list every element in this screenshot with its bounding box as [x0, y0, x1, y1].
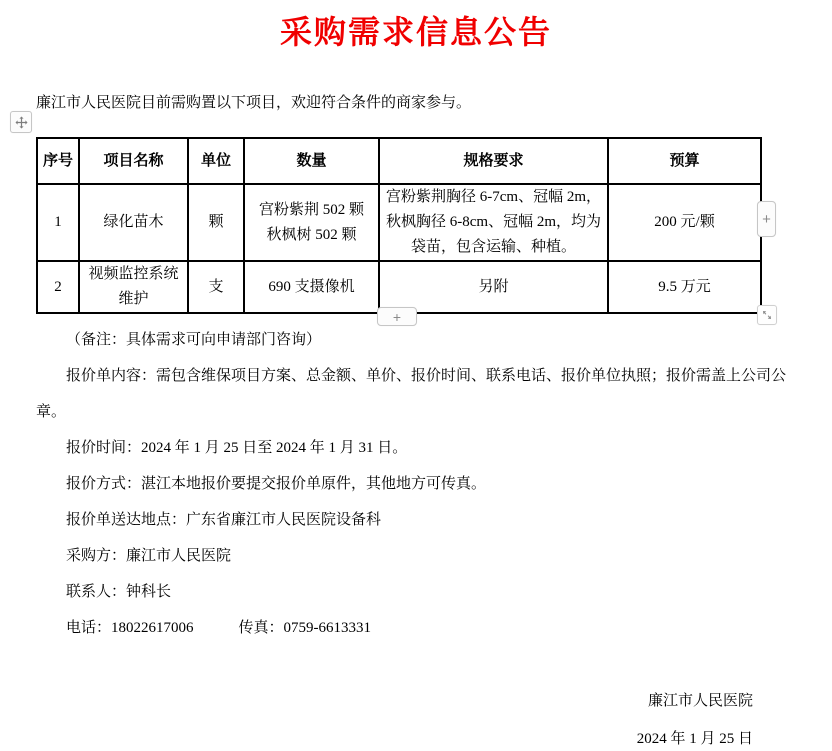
page-title: 采购需求信息公告 [0, 0, 832, 52]
cell-budget: 200 元/颗 [608, 184, 761, 261]
cell-budget: 9.5 万元 [608, 261, 761, 313]
quote-time-paragraph: 报价时间：2024 年 1 月 25 日至 2024 年 1 月 31 日。 [36, 430, 788, 466]
table-resize-handle[interactable] [757, 305, 777, 325]
table-row: 2 视频监控系统维护 支 690 支摄像机 另附 9.5 万元 [37, 261, 761, 313]
plus-icon: + [762, 211, 771, 228]
cell-unit: 颗 [188, 184, 244, 261]
procurement-table-area: 序号 项目名称 单位 数量 规格要求 预算 1 绿化苗木 颗 宫粉紫荆 502 … [36, 137, 760, 314]
table-row: 1 绿化苗木 颗 宫粉紫荆 502 颗 秋枫树 502 颗 宫粉紫荆胸径 6-7… [37, 184, 761, 261]
phone-fax-paragraph: 电话：18022617006传真：0759-6613331 [36, 610, 788, 646]
note-paragraph: （备注：具体需求可向申请部门咨询） [36, 322, 788, 358]
cell-spec: 宫粉紫荆胸径 6-7cm、冠幅 2m，秋枫胸径 6-8cm、冠幅 2m，均为袋苗… [379, 184, 608, 261]
cell-quantity: 宫粉紫荆 502 颗 秋枫树 502 颗 [244, 184, 379, 261]
col-header-quantity: 数量 [244, 138, 379, 184]
signature-date: 2024 年 1 月 25 日 [36, 720, 753, 751]
col-header-name: 项目名称 [79, 138, 188, 184]
signature-org: 廉江市人民医院 [36, 682, 753, 720]
signature-block: 廉江市人民医院 2024 年 1 月 25 日 [36, 682, 788, 751]
delivery-address-paragraph: 报价单送达地点：广东省廉江市人民医院设备科 [36, 502, 788, 538]
diagonal-resize-icon [761, 309, 773, 321]
table-header-row: 序号 项目名称 单位 数量 规格要求 预算 [37, 138, 761, 184]
cell-project-name: 视频监控系统维护 [79, 261, 188, 313]
quote-content-paragraph: 报价单内容：需包含维保项目方案、总金额、单价、报价时间、联系电话、报价单位执照；… [36, 358, 788, 430]
quote-method-paragraph: 报价方式：湛江本地报价要提交报价单原件，其他地方可传真。 [36, 466, 788, 502]
cell-seq: 1 [37, 184, 79, 261]
cell-quantity: 690 支摄像机 [244, 261, 379, 313]
cell-unit: 支 [188, 261, 244, 313]
move-cross-icon [15, 116, 28, 129]
insert-column-button[interactable]: + [757, 201, 776, 237]
body-paragraphs: （备注：具体需求可向申请部门咨询） 报价单内容：需包含维保项目方案、总金额、单价… [36, 322, 788, 646]
plus-icon: + [393, 309, 401, 325]
procurement-table: 序号 项目名称 单位 数量 规格要求 预算 1 绿化苗木 颗 宫粉紫荆 502 … [36, 137, 762, 314]
col-header-budget: 预算 [608, 138, 761, 184]
document-page: 采购需求信息公告 廉江市人民医院目前需购置以下项目，欢迎符合条件的商家参与。 序… [0, 0, 832, 751]
intro-paragraph: 廉江市人民医院目前需购置以下项目，欢迎符合条件的商家参与。 [36, 92, 788, 114]
phone-text: 电话：18022617006 [66, 620, 194, 636]
cell-project-name: 绿化苗木 [79, 184, 188, 261]
col-header-seq: 序号 [37, 138, 79, 184]
fax-text: 传真：0759-6613331 [239, 620, 372, 636]
col-header-unit: 单位 [188, 138, 244, 184]
insert-row-button[interactable]: + [377, 307, 417, 326]
contact-person-paragraph: 联系人：钟科长 [36, 574, 788, 610]
table-move-handle[interactable] [10, 111, 32, 133]
cell-spec: 另附 [379, 261, 608, 313]
col-header-spec: 规格要求 [379, 138, 608, 184]
buyer-paragraph: 采购方：廉江市人民医院 [36, 538, 788, 574]
cell-seq: 2 [37, 261, 79, 313]
